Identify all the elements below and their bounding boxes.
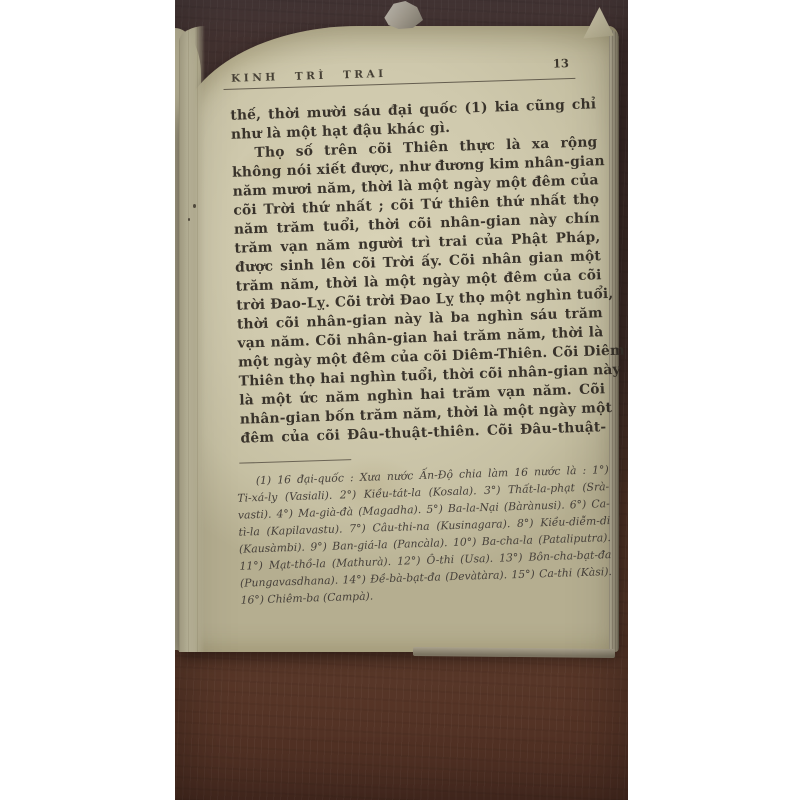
- page-blemish-speck: [188, 218, 190, 221]
- page-number: 13: [553, 56, 569, 70]
- running-title: KINH TRÌ TRAI: [231, 68, 387, 85]
- footnote: (1) 16 đại-quốc : Xưa nước Ấn-Độ chia là…: [236, 461, 614, 609]
- footnote-separator: [239, 459, 351, 464]
- printed-content: KINH TRÌ TRAI 13 thế, thời mười sáu đại …: [223, 60, 614, 608]
- bottom-page-stack-edge: [413, 647, 615, 658]
- body-text: thế, thời mười sáu đại quốc (1) kia cũng…: [224, 95, 609, 449]
- screenshot-canvas: KINH TRÌ TRAI 13 thế, thời mười sáu đại …: [0, 0, 800, 800]
- book-photo: KINH TRÌ TRAI 13 thế, thời mười sáu đại …: [175, 0, 628, 800]
- crumpled-paper-scrap: [381, 1, 423, 29]
- page-blemish-speck: [193, 204, 196, 208]
